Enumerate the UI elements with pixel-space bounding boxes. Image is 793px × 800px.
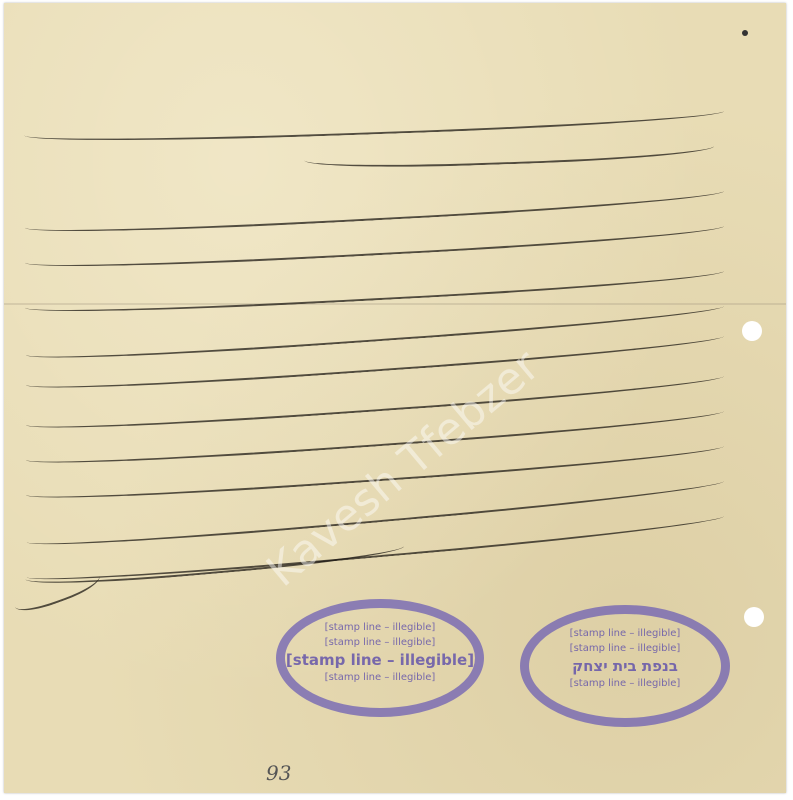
- stamp-line: [stamp line – illegible]: [285, 635, 475, 650]
- ink-spot: [742, 30, 748, 36]
- stamp-line: [stamp line – illegible]: [285, 650, 475, 670]
- stamp-line: [stamp line – illegible]: [529, 676, 721, 691]
- stamp-line: [stamp line – illegible]: [285, 620, 475, 635]
- page-number: 93: [266, 761, 291, 785]
- punch-hole-upper: [742, 321, 762, 341]
- left-stamp: [stamp line – illegible] [stamp line – i…: [276, 599, 484, 717]
- stamp-line: [stamp line – illegible]: [529, 626, 721, 641]
- punch-hole-lower: [744, 607, 764, 627]
- right-stamp: [stamp line – illegible] [stamp line – i…: [520, 605, 730, 727]
- stamp-line: [stamp line – illegible]: [529, 641, 721, 656]
- document-page: [stamp line – illegible] [stamp line – i…: [4, 3, 786, 793]
- handwritten-line: [304, 133, 715, 171]
- stamp-line: [stamp line – illegible]: [285, 670, 475, 685]
- stamp-line: בנפת בית יצחק: [529, 656, 721, 676]
